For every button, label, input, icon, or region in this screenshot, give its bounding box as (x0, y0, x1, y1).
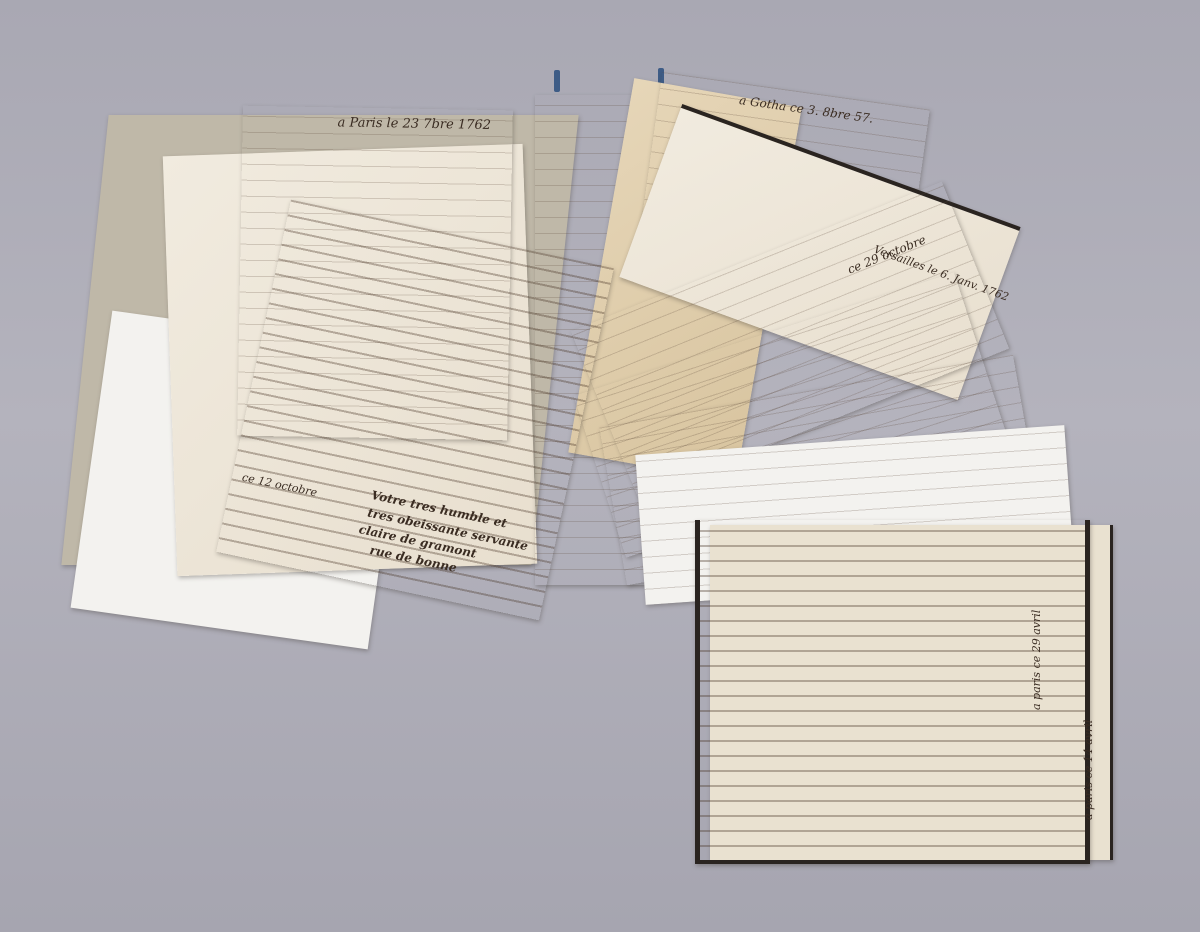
vertical-heading: a paris ce 14 avril (1082, 720, 1095, 820)
letter-front-right: a paris ce 29 avril (695, 520, 1090, 864)
letter-heading: a Gotha ce 3. 8bre 57. (738, 93, 874, 126)
letter-heading: ce 29 octobre (845, 232, 927, 276)
letter-heading: a Paris le 23 7bre 1762 (337, 115, 491, 133)
date-note: ce 12 octobre (241, 471, 318, 500)
vertical-heading: a paris ce 29 avril (1030, 610, 1043, 710)
photo-scene: a Paris le 23 7bre 1762 a Gotha ce 3. 8b… (0, 0, 1200, 932)
blue-ribbon (554, 70, 560, 92)
